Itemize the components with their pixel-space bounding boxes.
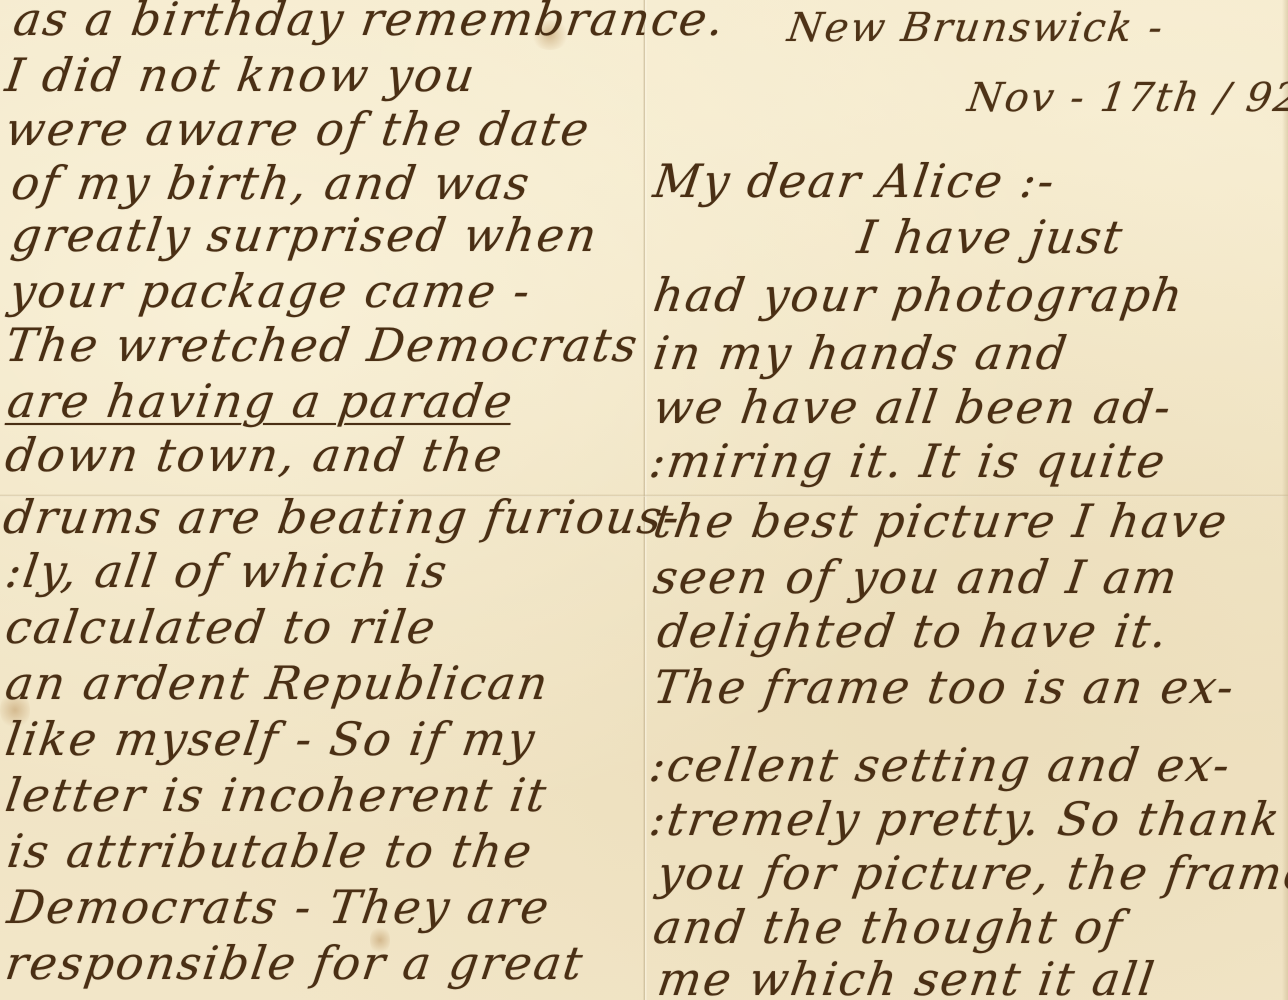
letter-line: as a birthday remembrance. (11, 0, 729, 42)
letter-line: your package came - (7, 268, 535, 314)
letter-line: were aware of the date (3, 106, 594, 152)
letter-line: is attributable to the (5, 828, 537, 874)
letter-line: :cellent setting and ex- (647, 742, 1235, 788)
letter-line: I have just (855, 214, 1127, 260)
letter-line: The frame too is an ex- (651, 664, 1239, 710)
letter-line: letter is incoherent it (3, 772, 551, 818)
letter-salutation: My dear Alice :- (651, 158, 1059, 204)
letter-line: :tremely pretty. So thank (647, 796, 1284, 842)
letter-line: of my birth, and was (9, 160, 534, 206)
letter-line: you for picture, the frame (655, 850, 1288, 896)
letter-line: and the thought of (651, 904, 1127, 950)
letter-line: we have all been ad- (651, 384, 1176, 430)
letter-line: The wretched Democrats (3, 322, 642, 368)
letter-line: down town, and the (3, 432, 507, 478)
letter-line: Democrats - They are (5, 884, 554, 930)
letter-line: drums are beating furious- (1, 494, 684, 540)
letter-line: an ardent Republican (3, 660, 553, 706)
letter-line: delighted to have it. (655, 608, 1172, 654)
left-page: as a birthday remembrance. I did not kno… (0, 0, 640, 1000)
letter-line: calculated to rile (3, 604, 440, 650)
letter-date: Nov - 17th / 92 (965, 78, 1288, 118)
right-page: New Brunswick - Nov - 17th / 92 My dear … (648, 0, 1288, 1000)
letter-line: I did not know you (3, 52, 479, 98)
letter-line: responsible for a great (3, 940, 587, 986)
letter-line: seen of you and I am (651, 554, 1182, 600)
letter-line: are having a parade (5, 378, 517, 424)
letter-line: :miring it. It is quite (647, 438, 1170, 484)
letter-line: :ly, all of which is (3, 548, 452, 594)
letter-line: like myself - So if my (3, 716, 539, 762)
letter-place: New Brunswick - (785, 8, 1167, 48)
letter-line: greatly surprised when (9, 212, 601, 258)
letter-line: had your photograph (651, 272, 1187, 318)
letter-line: me which sent it all (655, 956, 1159, 1000)
letter-line: in my hands and (651, 330, 1072, 376)
letter-line: the best picture I have (651, 498, 1232, 544)
